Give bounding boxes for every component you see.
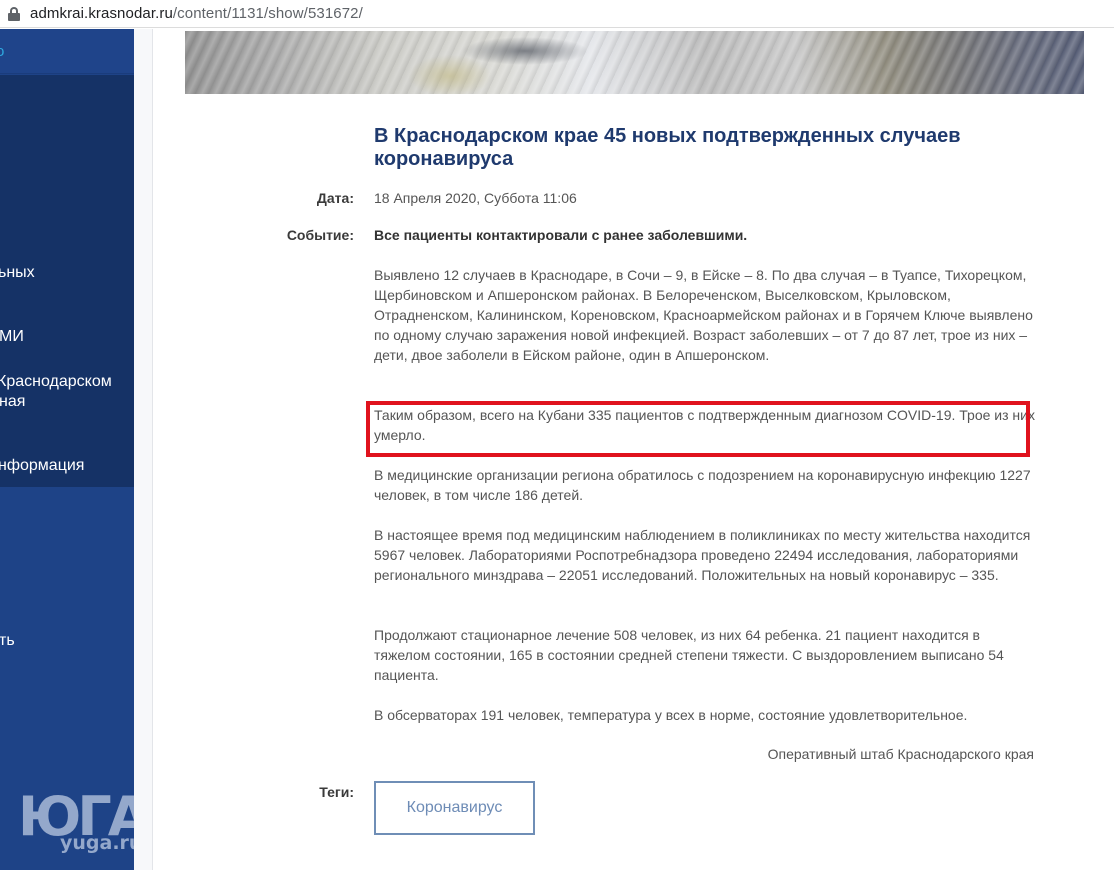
url-path: /content/1131/show/531672/ xyxy=(173,5,363,22)
article-title: В Краснодарском крае 45 новых подтвержде… xyxy=(374,125,1054,171)
date-label: Дата: xyxy=(264,190,354,206)
article-paragraph: В настоящее время под медицинским наблюд… xyxy=(374,525,1036,585)
sidebar-item-5[interactable]: ть xyxy=(0,631,15,651)
article-source: Оперативный штаб Краснодарского края xyxy=(768,746,1034,762)
tags-label: Теги: xyxy=(264,784,354,800)
event-value: Все пациенты контактировали с ранее забо… xyxy=(374,227,747,243)
sidebar-item-1[interactable]: ьных xyxy=(0,263,35,283)
sidebar-top-item[interactable]: о xyxy=(0,29,134,74)
article-paragraph: Выявлено 12 случаев в Краснодаре, в Сочи… xyxy=(374,265,1036,365)
red-highlight-box xyxy=(366,401,1030,457)
article-paragraph: Продолжают стационарное лечение 508 чело… xyxy=(374,625,1036,685)
url-domain: admkrai.krasnodar.ru xyxy=(30,5,173,22)
tag-coronavirus[interactable]: Коронавирус xyxy=(374,781,535,835)
article-paragraph: В обсерваторах 191 человек, температура … xyxy=(374,705,1036,725)
lock-icon xyxy=(7,7,21,21)
address-bar[interactable]: admkrai.krasnodar.ru/content/1131/show/5… xyxy=(0,0,1114,28)
sidebar-gutter xyxy=(134,29,153,870)
event-label: Событие: xyxy=(264,227,354,243)
date-value: 18 Апреля 2020, Суббота 11:06 xyxy=(374,190,577,206)
sidebar-item-3-cont[interactable]: ная xyxy=(0,392,25,412)
sidebar-item-4[interactable]: нформация xyxy=(0,456,84,476)
sidebar-item-3[interactable]: Краснодарском xyxy=(0,372,112,392)
url-text[interactable]: admkrai.krasnodar.ru/content/1131/show/5… xyxy=(30,5,363,22)
yuga-watermark-logo: ЮГА yuga.ru xyxy=(18,787,134,867)
article-hero-image xyxy=(185,31,1084,94)
sidebar-top-label: о xyxy=(0,43,4,60)
sidebar-nav: о ьных МИ Краснодарском ная нформация ть… xyxy=(0,29,134,870)
article-paragraph: В медицинские организации региона обрати… xyxy=(374,465,1036,505)
sidebar-item-2[interactable]: МИ xyxy=(0,327,24,347)
watermark-site: yuga.ru xyxy=(60,832,134,854)
